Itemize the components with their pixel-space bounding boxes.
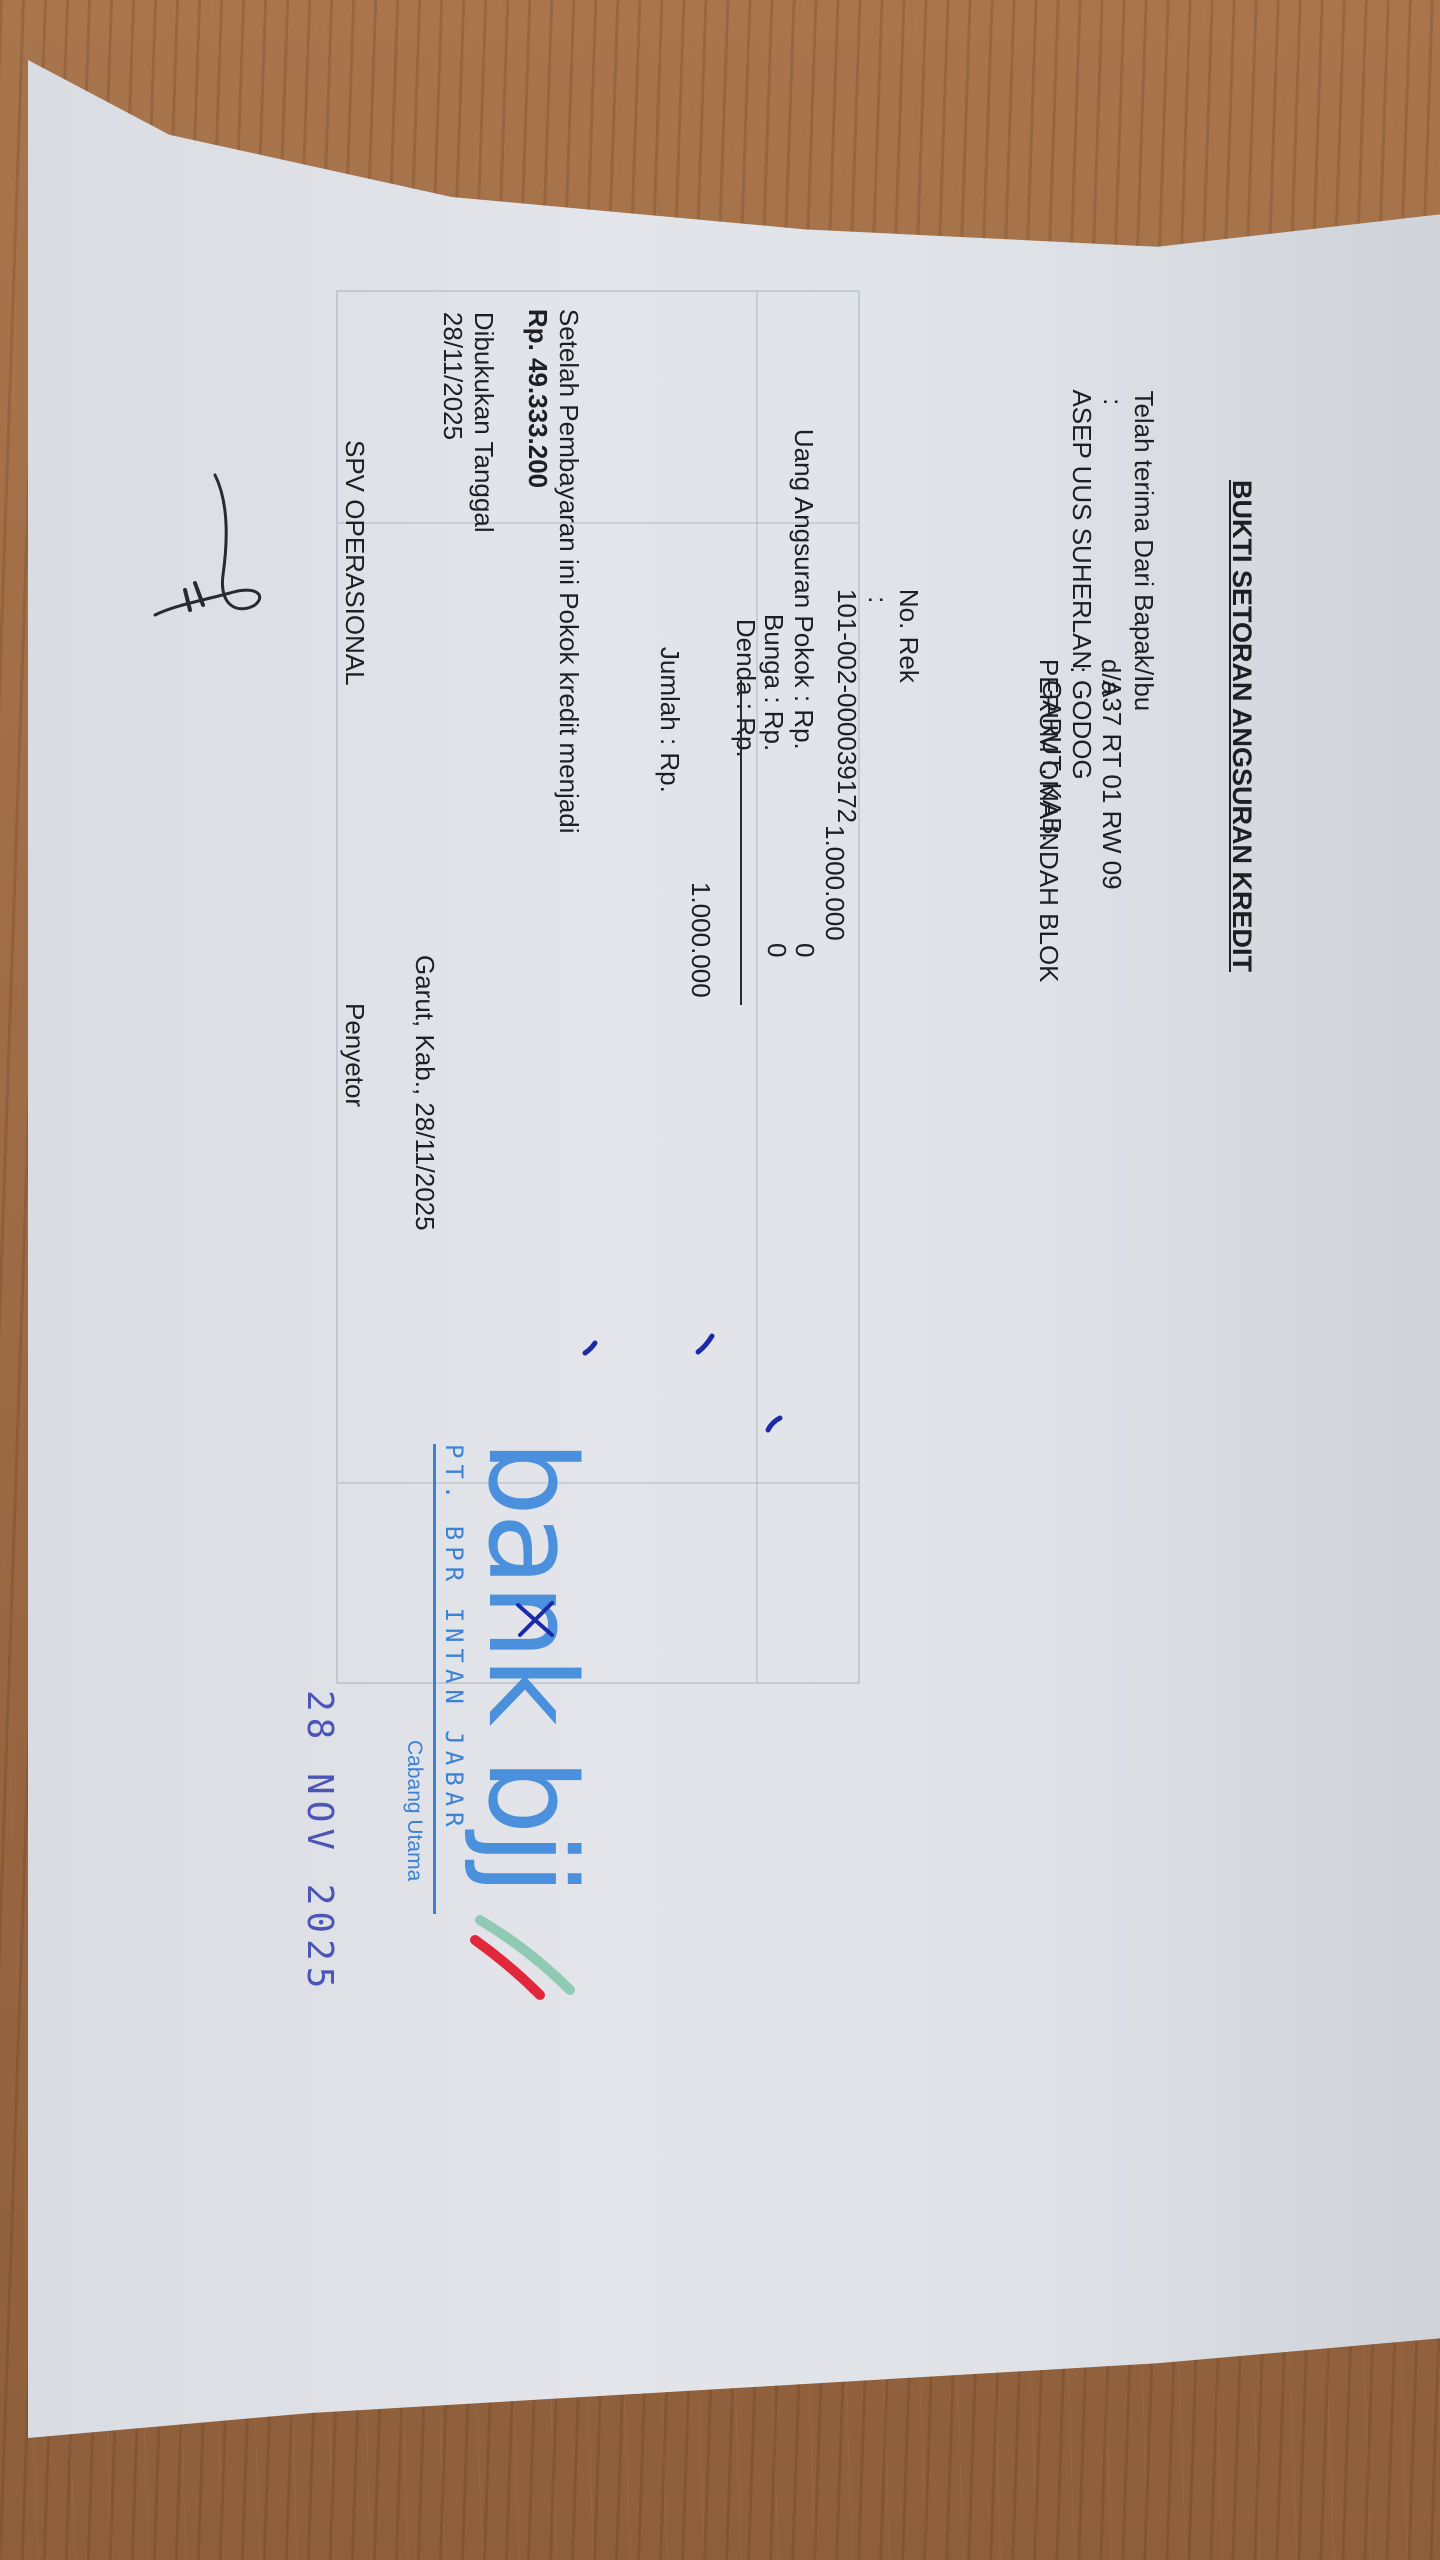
remaining-text: Setelah Pembayaran ini Pokok kredit menj… — [554, 309, 584, 834]
total-row: Jumlah : Rp. — [623, 618, 716, 793]
signature-icon — [145, 455, 285, 675]
booked-date-row: Dibukukan Tanggal 28/11/2025 — [406, 283, 530, 533]
payment-amount: 0 — [761, 943, 792, 957]
address-line-3: GODOG — [1066, 680, 1097, 780]
document-title: BUKTI SETORAN ANGSURAN KREDIT — [1226, 480, 1257, 972]
account-label: No. Rek — [894, 589, 924, 683]
receipt-document: BUKTI SETORAN ANGSURAN KREDIT BUKTI SETO… — [0, 0, 1440, 2400]
booked-label: Dibukukan Tanggal — [469, 312, 499, 533]
pen-cross-icon — [510, 1595, 560, 1645]
address-line-2: A37 RT 01 RW 09 — [1096, 680, 1127, 890]
place-date: Garut, Kab., 28/11/2025 — [409, 955, 440, 1231]
payment-currency: Rp. — [731, 717, 761, 757]
pen-tick-icon — [690, 1330, 720, 1360]
total-divider — [740, 680, 742, 1005]
date-stamp: 28 NOV 2025 — [299, 1690, 340, 1994]
bank-logo-swoosh-icon — [470, 1910, 580, 2000]
total-label: Jumlah — [655, 647, 685, 731]
pen-tick-icon — [575, 1335, 605, 1365]
payment-amount: 0 — [789, 943, 820, 957]
payment-amount: 1.000.000 — [819, 825, 850, 941]
total-amount: 1.000.000 — [685, 882, 716, 998]
signatory-penyetor: Penyetor — [339, 1003, 370, 1107]
signatory-spv: SPV OPERASIONAL — [339, 440, 370, 686]
booked-date: 28/11/2025 — [438, 312, 468, 440]
pen-tick-icon — [760, 1410, 790, 1440]
stamp-company: PT. BPR INTAN JABAR — [433, 1444, 468, 1914]
total-currency: Rp. — [655, 752, 685, 792]
stamp-brand: bank bjj — [470, 1440, 590, 1892]
bank-stamp: bank bjj PT. BPR INTAN JABAR Cabang Utam… — [390, 1440, 590, 2000]
address-line-4: GARUT, KAB. — [1036, 680, 1067, 842]
payment-label: Denda — [731, 619, 761, 696]
received-from-value: ASEP UUS SUHERLAN — [1067, 389, 1097, 669]
stamp-branch: Cabang Utama — [402, 1740, 426, 1881]
